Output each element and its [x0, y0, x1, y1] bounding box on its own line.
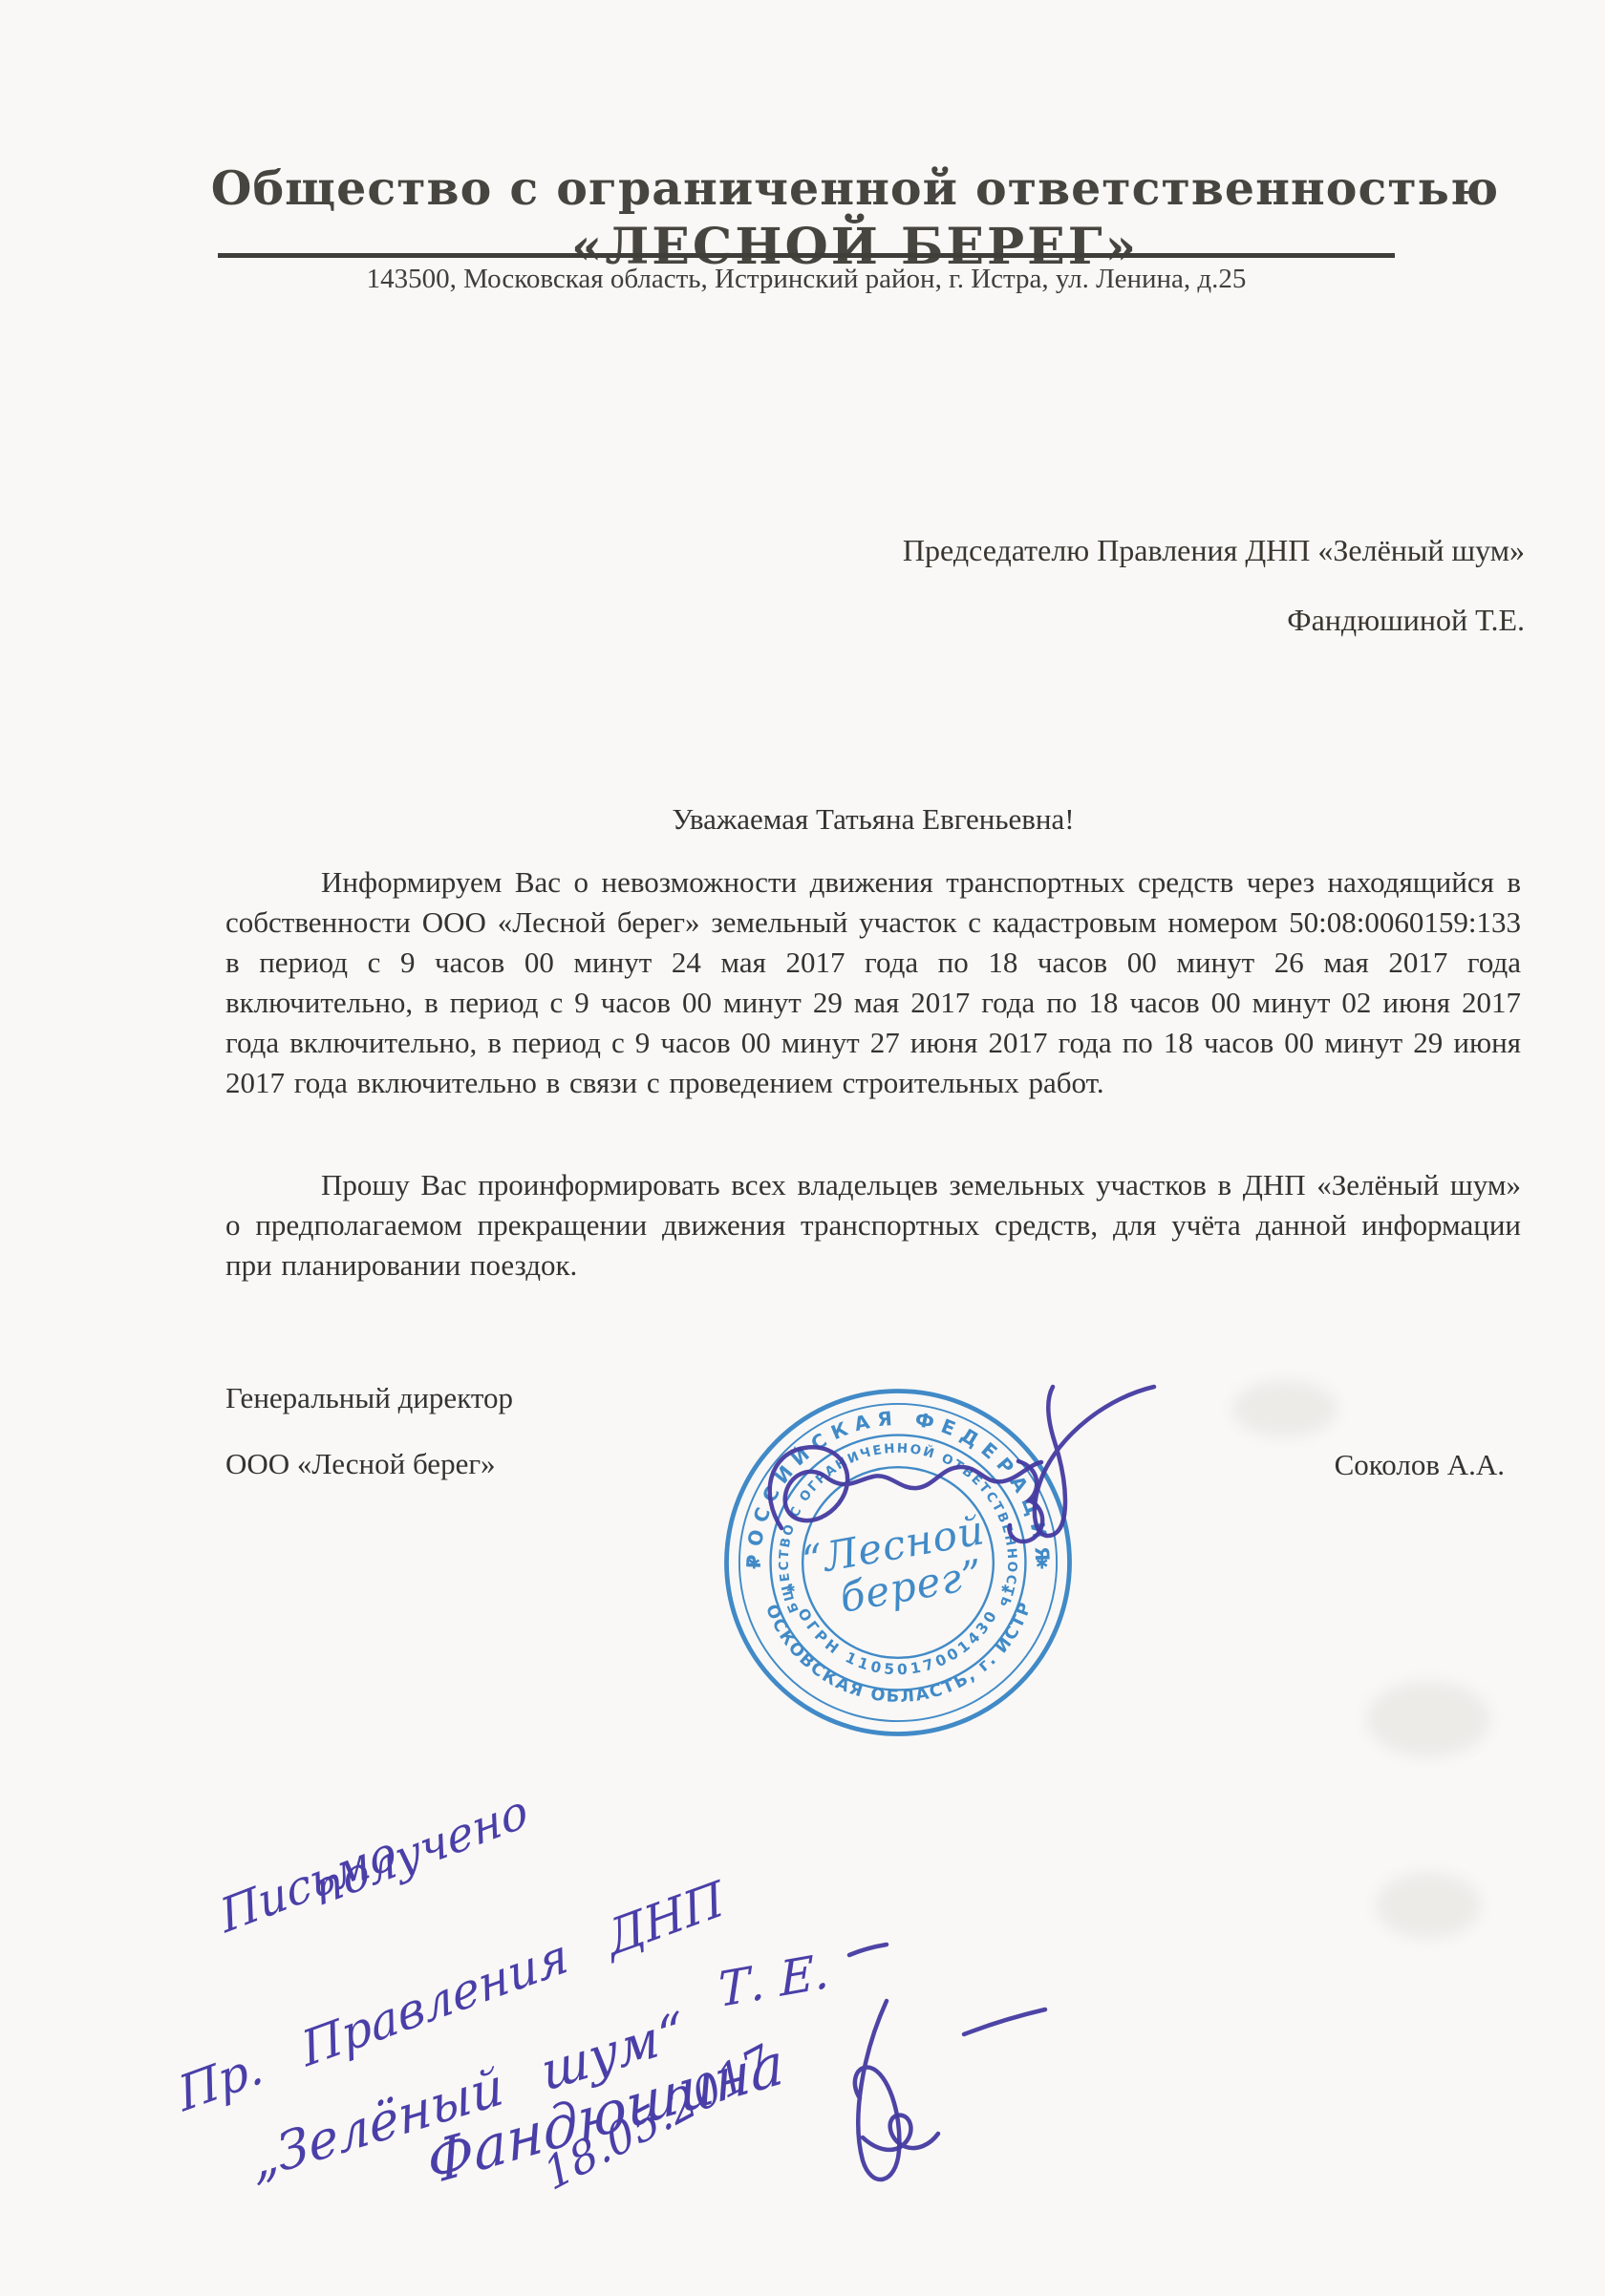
- stamp-star-inner-left-icon: ✱: [786, 1583, 796, 1596]
- handwritten-note-initials: Т. Е.: [717, 1943, 830, 2018]
- recipient-line-1: Председателю Правления ДНП «Зелёный шум»: [903, 533, 1525, 568]
- signer-title-line-1: Генеральный директор: [225, 1381, 513, 1415]
- receipt-signature: [849, 1945, 1045, 2179]
- recipient-block: Председателю Правления ДНП «Зелёный шум»…: [903, 533, 1525, 638]
- scan-smudge: [1232, 1380, 1337, 1437]
- signer-title-line-2: ООО «Лесной берег»: [225, 1447, 496, 1481]
- stamp-star-right-icon: ✱: [1036, 1555, 1049, 1573]
- letterhead: Общество с ограниченной ответственностью…: [201, 160, 1509, 276]
- stamp-center-script: “Лесной берег”: [799, 1506, 995, 1626]
- letterhead-rule: [218, 253, 1395, 258]
- stamp-star-inner-right-icon: ✱: [1000, 1583, 1010, 1596]
- signer-name: Соколов А.А.: [1335, 1448, 1505, 1482]
- recipient-line-2: Фандюшиной Т.Е.: [903, 603, 1525, 638]
- company-stamp: РОССИЙСКАЯ ФЕДЕРАЦИЯ МОСКОВСКАЯ ОБЛАСТЬ,…: [715, 1379, 1081, 1746]
- letterhead-address: 143500, Московская область, Истринский р…: [218, 264, 1395, 295]
- scan-smudge: [1366, 1681, 1490, 1757]
- stamp-star-left-icon: ✱: [747, 1555, 760, 1573]
- org-name-line-1: Общество с ограниченной ответственностью: [201, 160, 1509, 216]
- body-paragraph-2: Прошу Вас проинформировать всех владельц…: [225, 1165, 1521, 1286]
- salutation: Уважаемая Татьяна Евгеньевна!: [225, 802, 1521, 837]
- scanned-letter-page: Общество с ограниченной ответственностью…: [0, 0, 1605, 2296]
- scan-smudge: [1376, 1872, 1481, 1939]
- body-paragraph-1: Информируем Вас о невозможности движения…: [225, 862, 1521, 1103]
